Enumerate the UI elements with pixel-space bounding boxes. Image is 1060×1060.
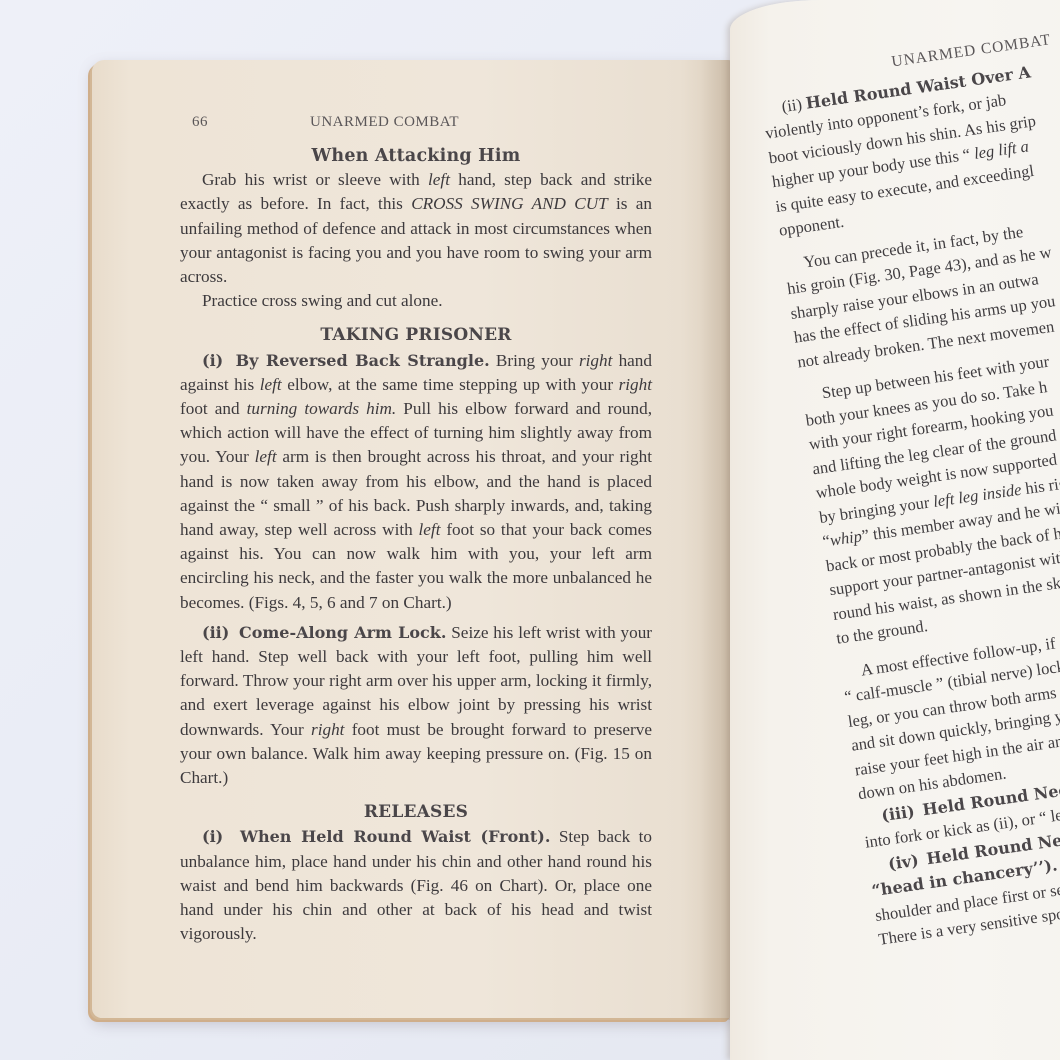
paragraph-held-round-waist-front: (i) When Held Round Waist (Front). Step … — [180, 825, 652, 946]
paragraph-practice: Practice cross swing and cut alone. — [180, 289, 652, 313]
left-page-body: When Attacking Him Grab his wrist or sle… — [180, 144, 652, 947]
paragraph-reversed-back-strangle: (i) By Reversed Back Strangle. Bring you… — [180, 349, 652, 615]
section-heading-releases: RELEASES — [180, 800, 652, 824]
section-heading-taking-prisoner: TAKING PRISONER — [180, 323, 652, 347]
open-book: 66 UNARMED COMBAT When Attacking Him Gra… — [0, 0, 1060, 1060]
running-title: UNARMED COMBAT — [310, 114, 459, 131]
paragraph-come-along-arm-lock: (ii) Come-Along Arm Lock. Seize his left… — [180, 621, 652, 790]
paragraph-cross-swing: Grab his wrist or sleeve with left hand,… — [180, 168, 652, 289]
section-heading-when-attacking: When Attacking Him — [180, 144, 652, 168]
gutter-shadow — [700, 60, 734, 1020]
page-number: 66 — [192, 114, 208, 131]
